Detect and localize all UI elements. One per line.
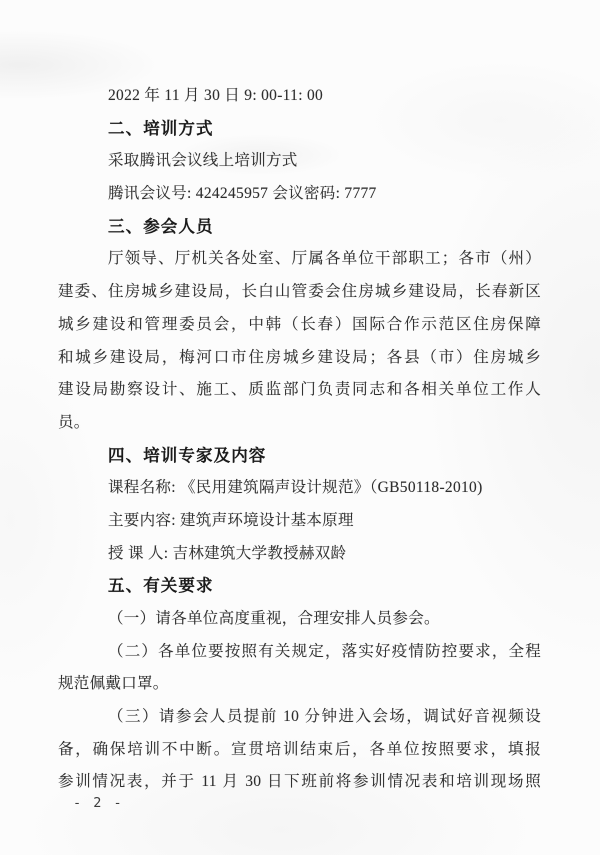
document-body: 2022 年 11 月 30 日 9: 00-11: 00 二、培训方式 采取腾… xyxy=(58,80,541,799)
body-line: 员。 xyxy=(58,407,541,440)
section-heading-requirements: 五、有关要求 xyxy=(58,570,541,603)
section-heading-participants: 三、参会人员 xyxy=(58,211,541,244)
requirement-line: （三）请参会人员提前 10 分钟进入会场，调试好音视频设 xyxy=(58,701,541,734)
section-heading-experts-content: 四、培训专家及内容 xyxy=(58,440,541,473)
section-heading-training-method: 二、培训方式 xyxy=(58,113,541,146)
requirement-line: 备，确保培训不中断。宣贯培训结束后，各单位按照要求，填报 xyxy=(58,734,541,767)
body-line: 和城乡建设局，梅河口市住房城乡建设局；各县（市）住房城乡 xyxy=(58,342,541,375)
body-line: 建设局勘察设计、施工、质监部门负责同志和各相关单位工作人 xyxy=(58,374,541,407)
body-line: 建委、住房城乡建设局，长白山管委会住房城乡建设局，长春新区 xyxy=(58,276,541,309)
body-line: 采取腾讯会议线上培训方式 xyxy=(58,145,541,178)
training-datetime-line: 2022 年 11 月 30 日 9: 00-11: 00 xyxy=(58,80,541,113)
body-line: 厅领导、厅机关各处室、厅属各单位干部职工；各市（州） xyxy=(58,243,541,276)
page-number: - 2 - xyxy=(73,795,124,811)
requirement-line: 规范佩戴口罩。 xyxy=(58,668,541,701)
scanned-document-page: 2022 年 11 月 30 日 9: 00-11: 00 二、培训方式 采取腾… xyxy=(0,0,600,855)
body-line: 城乡建设和管理委员会，中韩（长春）国际合作示范区住房保障 xyxy=(58,309,541,342)
meeting-id-line: 腾讯会议号: 424245957 会议密码: 7777 xyxy=(58,178,541,211)
requirement-line: （二）各单位要按照有关规定，落实好疫情防控要求，全程 xyxy=(58,636,541,669)
course-name-line: 课程名称: 《民用建筑隔声设计规范》（GB50118-2010) xyxy=(58,472,541,505)
requirement-line: 参训情况表，并于 11 月 30 日下班前将参训情况表和培训现场照 xyxy=(58,766,541,799)
course-content-line: 主要内容: 建筑声环境设计基本原理 xyxy=(58,505,541,538)
lecturer-line: 授 课 人: 吉林建筑大学教授赫双龄 xyxy=(58,538,541,571)
requirement-line: （一）请各单位高度重视，合理安排人员参会。 xyxy=(58,603,541,636)
